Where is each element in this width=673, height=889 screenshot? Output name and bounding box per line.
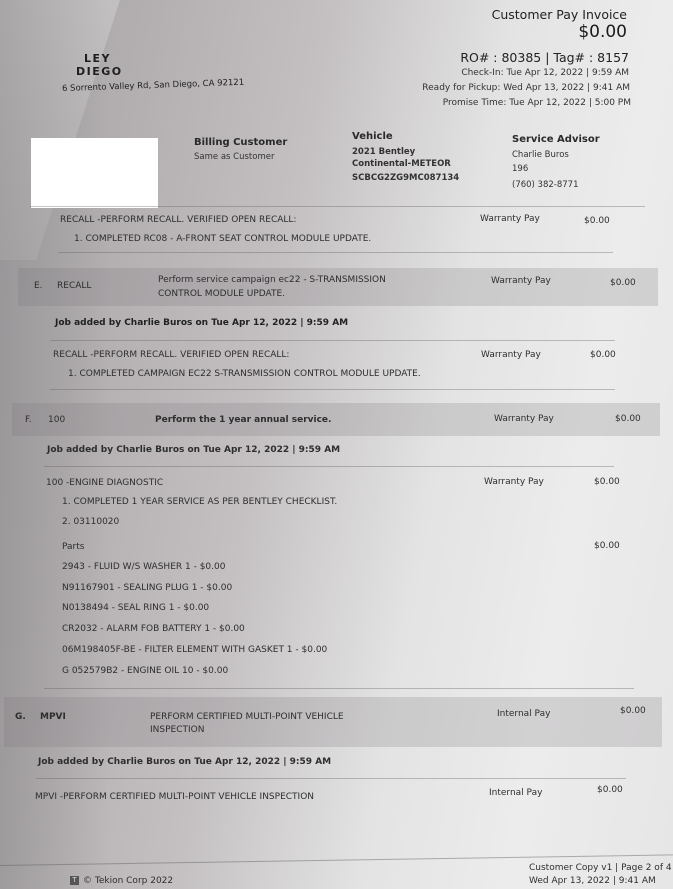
job-g-description-line2: INSPECTION	[150, 725, 204, 735]
job-g-header[interactable]	[4, 697, 662, 747]
footer-copyright: T© Tekion Corp 2022	[70, 876, 173, 886]
job-e-op-step: 1. COMPLETED CAMPAIGN EC22 S-TRANSMISSIO…	[68, 369, 421, 379]
job-f-header[interactable]	[12, 403, 660, 436]
job-g-letter: G.	[15, 712, 26, 722]
job-g-amount: $0.00	[620, 706, 646, 716]
part-line-item: 2943 - FLUID W/S WASHER 1 - $0.00	[62, 562, 225, 572]
vehicle-vin: SCBCG2ZG9MC087134	[352, 172, 459, 184]
service-advisor-number: 196	[512, 163, 528, 176]
job-g-code: MPVI	[40, 712, 66, 722]
job-f-op-step-2: 2. 03110020	[62, 517, 119, 527]
job-e-op-amount: $0.00	[590, 350, 616, 360]
job-f-op-pay-type: Warranty Pay	[484, 477, 544, 487]
copyright-text: © Tekion Corp 2022	[83, 876, 173, 886]
job-e-pay-type: Warranty Pay	[491, 276, 551, 286]
job-f-op-amount: $0.00	[594, 477, 620, 487]
part-line-item: G 052579B2 - ENGINE OIL 10 - $0.00	[62, 666, 228, 676]
vehicle-model: Continental-METEOR	[352, 158, 451, 170]
divider	[50, 340, 615, 341]
service-advisor-phone: (760) 382-8771	[512, 179, 578, 192]
vehicle-year-make: 2021 Bentley	[352, 146, 415, 158]
redacted-customer-info	[31, 138, 158, 208]
job-e-description-line1: Perform service campaign ec22 - S-TRANSM…	[158, 275, 386, 285]
prev-op-title: RECALL -PERFORM RECALL. VERIFIED OPEN RE…	[60, 215, 296, 225]
part-line-item: 06M198405F-BE - FILTER ELEMENT WITH GASK…	[62, 645, 327, 655]
dealer-name-line2: DIEGO	[76, 65, 123, 78]
job-f-pay-type: Warranty Pay	[494, 414, 554, 424]
job-f-op-title: 100 -ENGINE DIAGNOSTIC	[46, 478, 163, 488]
part-line-item: CR2032 - ALARM FOB BATTERY 1 - $0.00	[62, 624, 245, 634]
job-e-header[interactable]	[18, 268, 658, 306]
job-e-amount: $0.00	[610, 278, 636, 288]
ready-for-pickup-time: Ready for Pickup: Wed Apr 13, 2022 | 9:4…	[422, 83, 630, 93]
ro-tag-number: RO# : 80385 | Tag# : 8157	[460, 50, 629, 65]
job-f-parts-amount: $0.00	[594, 541, 620, 551]
dealer-name-line1: LEY	[84, 52, 111, 65]
job-f-letter: F.	[25, 415, 32, 425]
tekion-logo-icon: T	[70, 876, 79, 885]
billing-customer-value: Same as Customer	[194, 151, 274, 164]
invoice-title: Customer Pay Invoice	[492, 7, 627, 22]
job-e-op-title: RECALL -PERFORM RECALL. VERIFIED OPEN RE…	[53, 350, 289, 360]
prev-op-pay-type: Warranty Pay	[480, 214, 540, 224]
job-f-added-by: Job added by Charlie Buros on Tue Apr 12…	[47, 445, 340, 455]
job-f-op-step-1: 1. COMPLETED 1 YEAR SERVICE AS PER BENTL…	[62, 497, 337, 507]
job-e-code: RECALL	[57, 281, 91, 291]
divider	[44, 688, 634, 689]
promise-time: Promise Time: Tue Apr 12, 2022 | 5:00 PM	[443, 98, 631, 108]
job-f-description: Perform the 1 year annual service.	[155, 415, 331, 425]
prev-op-amount: $0.00	[584, 216, 610, 226]
service-advisor-name: Charlie Buros	[512, 149, 569, 162]
job-e-added-by: Job added by Charlie Buros on Tue Apr 12…	[55, 318, 348, 328]
footer-printed-time: Wed Apr 13, 2022 | 9:41 AM	[529, 876, 656, 886]
divider	[58, 252, 613, 253]
divider	[36, 778, 626, 779]
service-advisor-heading: Service Advisor	[512, 134, 600, 145]
invoice-total: $0.00	[578, 22, 627, 42]
job-f-code: 100	[48, 415, 65, 425]
divider	[50, 389, 615, 390]
job-g-added-by: Job added by Charlie Buros on Tue Apr 12…	[38, 757, 331, 767]
divider	[44, 466, 614, 467]
job-e-letter: E.	[34, 281, 43, 291]
job-e-description-line2: CONTROL MODULE UPDATE.	[158, 289, 285, 299]
billing-customer-heading: Billing Customer	[194, 137, 287, 148]
job-f-parts-label: Parts	[62, 542, 84, 552]
part-line-item: N0138494 - SEAL RING 1 - $0.00	[62, 603, 209, 613]
job-g-op-title: MPVI -PERFORM CERTIFIED MULTI-POINT VEHI…	[35, 792, 314, 802]
prev-op-step: 1. COMPLETED RC08 - A-FRONT SEAT CONTROL…	[74, 234, 371, 244]
job-e-op-pay-type: Warranty Pay	[481, 350, 541, 360]
job-f-amount: $0.00	[615, 414, 641, 424]
check-in-time: Check-In: Tue Apr 12, 2022 | 9:59 AM	[461, 68, 629, 78]
job-g-description-line1: PERFORM CERTIFIED MULTI-POINT VEHICLE	[150, 712, 344, 722]
job-g-pay-type: Internal Pay	[497, 709, 550, 719]
job-g-op-amount: $0.00	[597, 785, 623, 795]
divider	[30, 206, 645, 207]
part-line-item: N91167901 - SEALING PLUG 1 - $0.00	[62, 583, 232, 593]
footer-copy-page: Customer Copy v1 | Page 2 of 4	[529, 863, 672, 873]
vehicle-heading: Vehicle	[352, 131, 393, 142]
job-g-op-pay-type: Internal Pay	[489, 788, 542, 798]
